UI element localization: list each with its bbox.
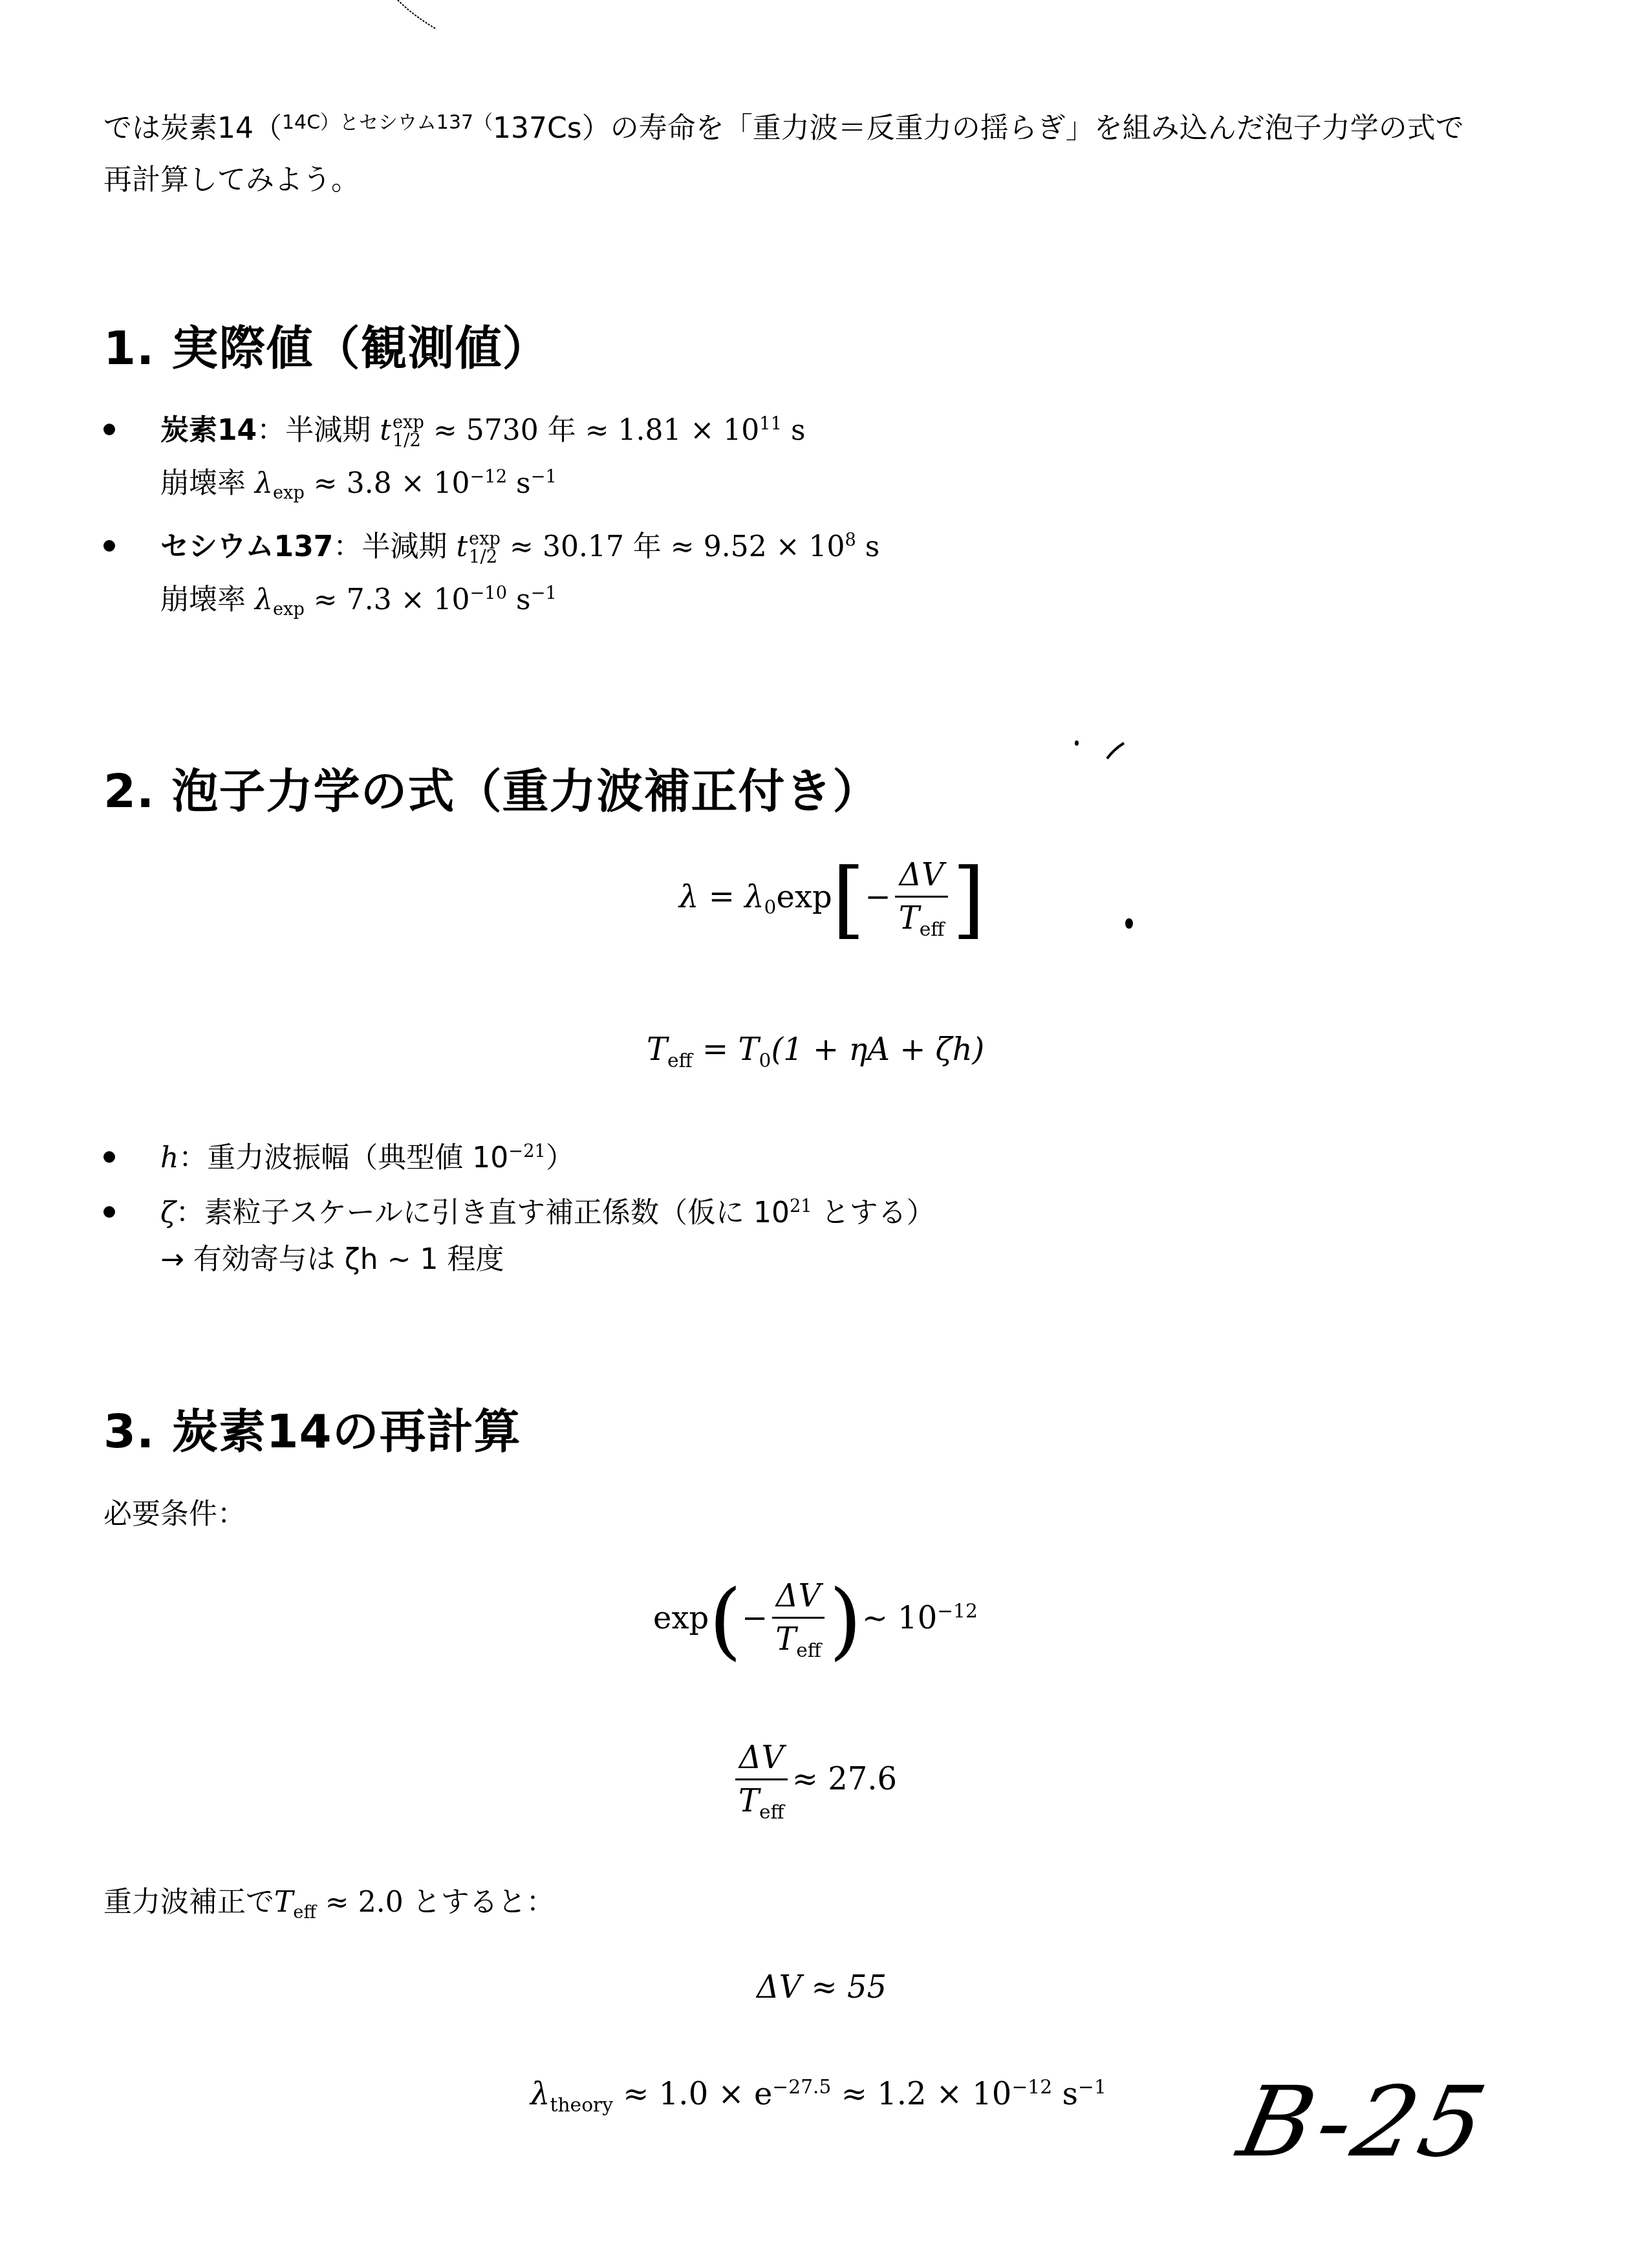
scan-mark [1106, 740, 1125, 760]
list-item-cesium137: セシウム137：半減期 texp1/2 ≈ 30.17 年 ≈ 9.52 × 1… [103, 517, 879, 633]
section-1-heading: 1. 実際値（観測値） [103, 310, 550, 378]
intro-small-text: 14C）とセシウム137（ [282, 111, 493, 134]
assumption-text: 重力波補正でTeff ≈ 2.0 とすると： [103, 1879, 555, 1923]
equation-decay-rate: λ = λ0exp[−ΔVTeff] [679, 857, 985, 941]
equation-ratio: ΔVTeff≈ 27.6 [731, 1740, 897, 1824]
condition-label: 必要条件： [103, 1491, 246, 1532]
decay-rate-carbon14: 崩壊率 λexp ≈ 3.8 × 10−12 s−1 [103, 454, 806, 517]
list-item-h-amplitude: h：重力波振幅（典型値 10−21） [103, 1129, 574, 1182]
scan-speck [1125, 918, 1133, 929]
bullet-icon [103, 540, 115, 552]
intro-line-1: では炭素14（14C）とセシウム137（137Cs）の寿命を「重力波＝反重力の揺… [103, 97, 1558, 155]
handwritten-page-label: B-25 [1230, 2066, 1499, 2179]
scan-speck [1075, 740, 1079, 746]
list-item-carbon14: 炭素14：半減期 texp1/2 ≈ 5730 年 ≈ 1.81 × 1011 … [103, 401, 806, 517]
bullet-icon [103, 1206, 115, 1218]
intro-paragraph: では炭素14（14C）とセシウム137（137Cs）の寿命を「重力波＝反重力の揺… [103, 97, 1558, 206]
section-3-heading: 3. 炭素14の再計算 [103, 1394, 521, 1461]
equation-theory-rate: λtheory ≈ 1.0 × e−27.5 ≈ 1.2 × 10−12 s−1 [530, 2076, 1106, 2117]
bullet-icon [103, 424, 115, 435]
intro-line-2: 再計算してみよう。 [103, 155, 1558, 206]
list-item-zeta-coefficient: ζ：素粒子スケールに引き直す補正係数（仮に 1021 とする） → 有効寄与は … [103, 1183, 935, 1283]
section-2-heading: 2. 泡子力学の式（重力波補正付き） [103, 753, 880, 821]
equation-delta-v: ΔV ≈ 55 [757, 1969, 887, 2005]
decay-rate-cesium137: 崩壊率 λexp ≈ 7.3 × 10−10 s−1 [103, 570, 879, 633]
scan-mark-top [388, 0, 446, 32]
equation-effective-temperature: Teff = T0(1 + ηA + ζh) [647, 1031, 984, 1072]
bullet-icon [103, 1151, 115, 1163]
equation-condition: exp(−ΔVTeff)∼ 10−12 [653, 1578, 978, 1662]
